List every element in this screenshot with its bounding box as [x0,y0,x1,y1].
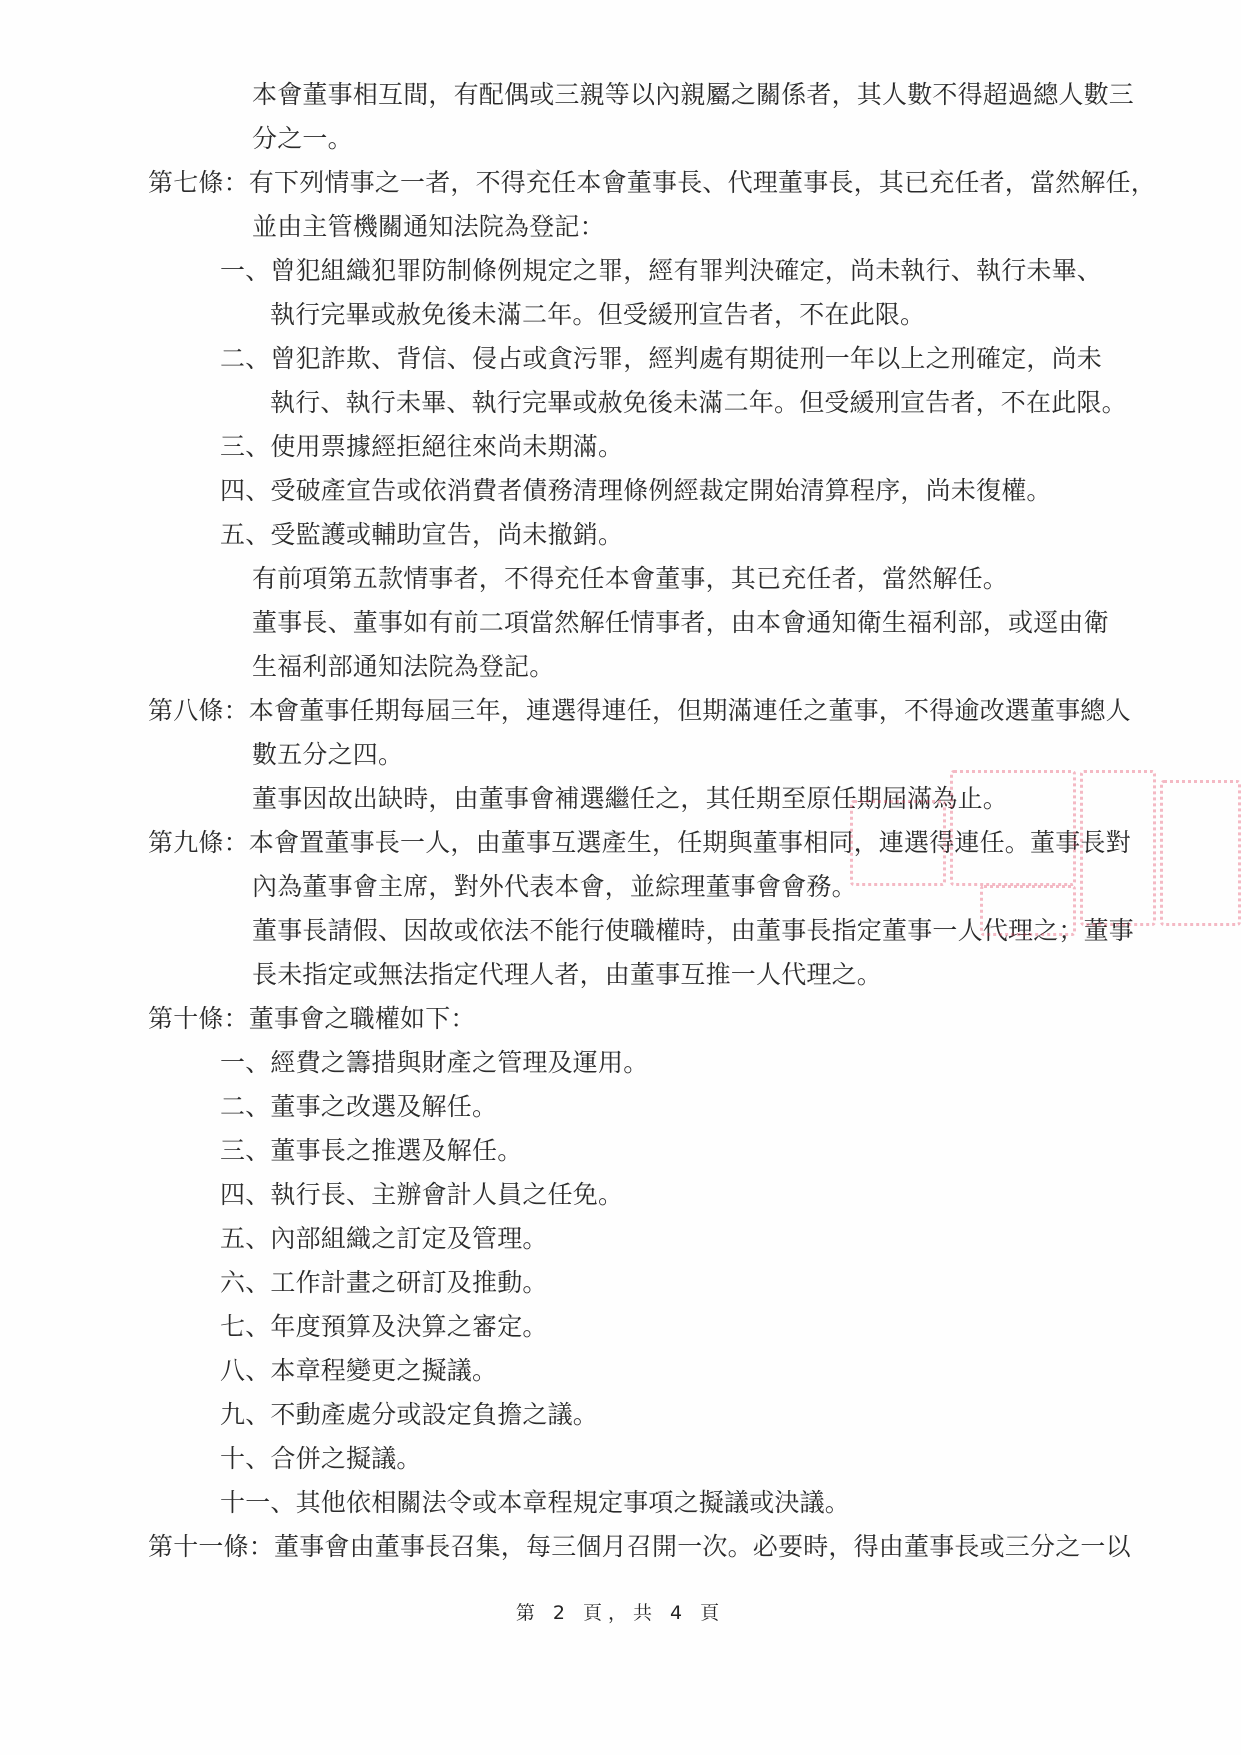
text-line: 十、合併之擬議。 [220,1444,422,1474]
text-line: 董事長、董事如有前二項當然解任情事者，由本會通知衛生福利部，或逕由衛 [252,608,1109,638]
text-line: 一、經費之籌措與財產之管理及運用。 [220,1048,648,1078]
text-line: 四、執行長、主辦會計人員之任免。 [220,1180,623,1210]
text-line: 五、受監護或輔助宣告，尚未撤銷。 [220,520,623,550]
text-line: 十一、其他依相關法令或本章程規定事項之擬議或決議。 [220,1488,850,1518]
text-line: 四、受破產宣告或依消費者債務清理條例經裁定開始清算程序，尚未復權。 [220,476,1052,506]
text-line: 本會董事相互間，有配偶或三親等以內親屬之關係者，其人數不得超過總人數三 [252,80,1134,110]
text-line: 三、董事長之推選及解任。 [220,1136,522,1166]
red-seal-stamp [850,770,1241,940]
document-page: 本會董事相互間，有配偶或三親等以內親屬之關係者，其人數不得超過總人數三分之一。第… [0,0,1241,1755]
text-line: 第十一條：董事會由董事長召集，每三個月召開一次。必要時，得由董事長或三分之一以 [148,1532,1131,1562]
text-line: 執行、執行未畢、執行完畢或赦免後未滿二年。但受緩刑宣告者，不在此限。 [270,388,1127,418]
text-line: 五、內部組織之訂定及管理。 [220,1224,548,1254]
text-line: 數五分之四。 [252,740,403,770]
page-number-footer: 第 2 頁，共 4 頁 [0,1598,1241,1625]
text-line: 執行完畢或赦免後未滿二年。但受緩刑宣告者，不在此限。 [270,300,925,330]
text-line: 八、本章程變更之擬議。 [220,1356,497,1386]
text-line: 六、工作計畫之研訂及推動。 [220,1268,548,1298]
text-line: 七、年度預算及決算之審定。 [220,1312,548,1342]
text-line: 內為董事會主席，對外代表本會，並綜理董事會會務。 [252,872,857,902]
text-line: 一、曾犯組織犯罪防制條例規定之罪，經有罪判決確定，尚未執行、執行未畢、 [220,256,1102,286]
text-line: 並由主管機關通知法院為登記： [252,212,605,242]
text-line: 二、曾犯詐欺、背信、侵占或貪污罪，經判處有期徒刑一年以上之刑確定，尚未 [220,344,1102,374]
text-line: 第十條：董事會之職權如下： [148,1004,476,1034]
text-line: 第七條：有下列情事之一者，不得充任本會董事長、代理董事長，其已充任者，當然解任， [148,168,1156,198]
text-line: 三、使用票據經拒絕往來尚未期滿。 [220,432,623,462]
text-line: 長未指定或無法指定代理人者，由董事互推一人代理之。 [252,960,882,990]
text-line: 分之一。 [252,124,353,154]
text-line: 有前項第五款情事者，不得充任本會董事，其已充任者，當然解任。 [252,564,1008,594]
text-line: 二、董事之改選及解任。 [220,1092,497,1122]
text-line: 第八條：本會董事任期每屆三年，連選得連任，但期滿連任之董事，不得逾改選董事總人 [148,696,1131,726]
text-line: 生福利部通知法院為登記。 [252,652,554,682]
text-line: 九、不動產處分或設定負擔之議。 [220,1400,598,1430]
